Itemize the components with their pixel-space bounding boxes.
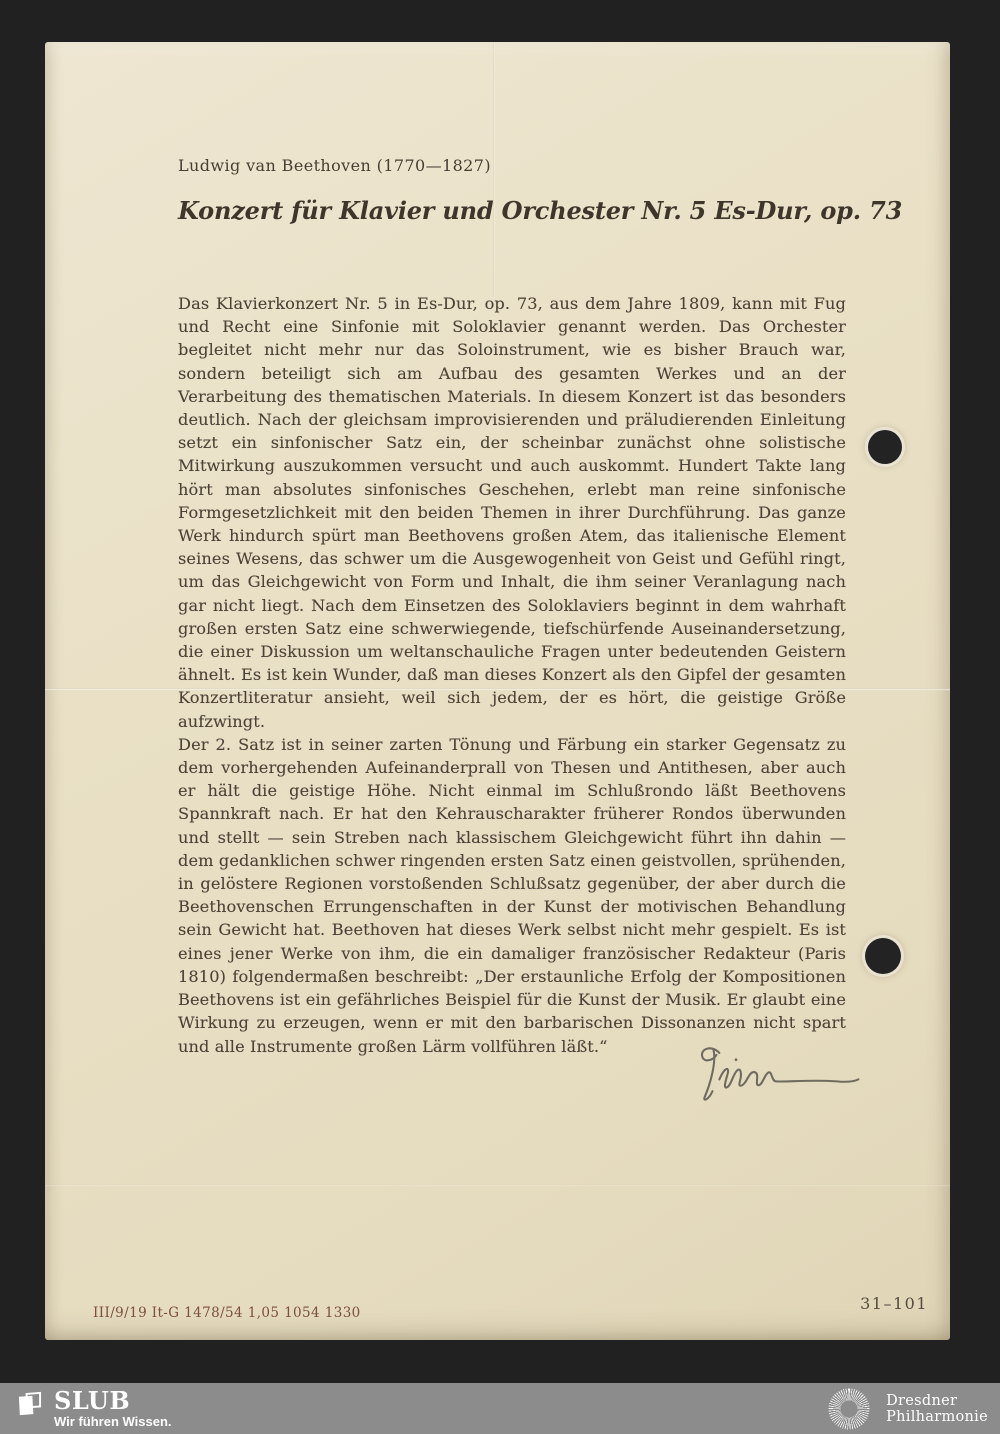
slub-logo[interactable]: SLUB Wir führen Wissen. bbox=[16, 1389, 172, 1429]
dresdner-philharmonie-label: Dresdner Philharmonie bbox=[886, 1393, 988, 1425]
program-notes-paragraph-2: Der 2. Satz ist in seiner zarten Tönung … bbox=[178, 733, 846, 1058]
partner-name-line1: Dresdner bbox=[886, 1393, 988, 1409]
composer-line: Ludwig van Beethoven (1770—1827) bbox=[178, 156, 491, 175]
fold-crease-lower bbox=[45, 1184, 950, 1187]
fold-crease-vertical bbox=[493, 42, 495, 297]
punch-hole-bottom bbox=[865, 938, 901, 974]
slub-wordmark: SLUB bbox=[54, 1389, 172, 1413]
punch-hole-top bbox=[868, 430, 902, 464]
partner-name-line2: Philharmonie bbox=[886, 1409, 988, 1425]
dresdner-philharmonie-logo[interactable]: Dresdner Philharmonie bbox=[826, 1386, 988, 1432]
print-code: III/9/19 It-G 1478/54 1,05 1054 1330 bbox=[93, 1305, 361, 1321]
scanned-program-page: Ludwig van Beethoven (1770—1827) Konzert… bbox=[45, 42, 950, 1340]
archive-page-number: 31–101 bbox=[860, 1294, 928, 1313]
viewer-footer: SLUB Wir führen Wissen. Dresdner Philhar… bbox=[0, 1383, 1000, 1434]
starburst-icon bbox=[826, 1386, 872, 1432]
book-icon bbox=[16, 1391, 42, 1418]
slub-tagline: Wir führen Wissen. bbox=[54, 1414, 172, 1429]
signature-thilman bbox=[690, 1042, 876, 1106]
program-notes-paragraph-1: Das Klavierkonzert Nr. 5 in Es-Dur, op. … bbox=[178, 292, 846, 733]
program-notes: Das Klavierkonzert Nr. 5 in Es-Dur, op. … bbox=[178, 292, 846, 1058]
work-title: Konzert für Klavier und Orchester Nr. 5 … bbox=[178, 196, 898, 225]
